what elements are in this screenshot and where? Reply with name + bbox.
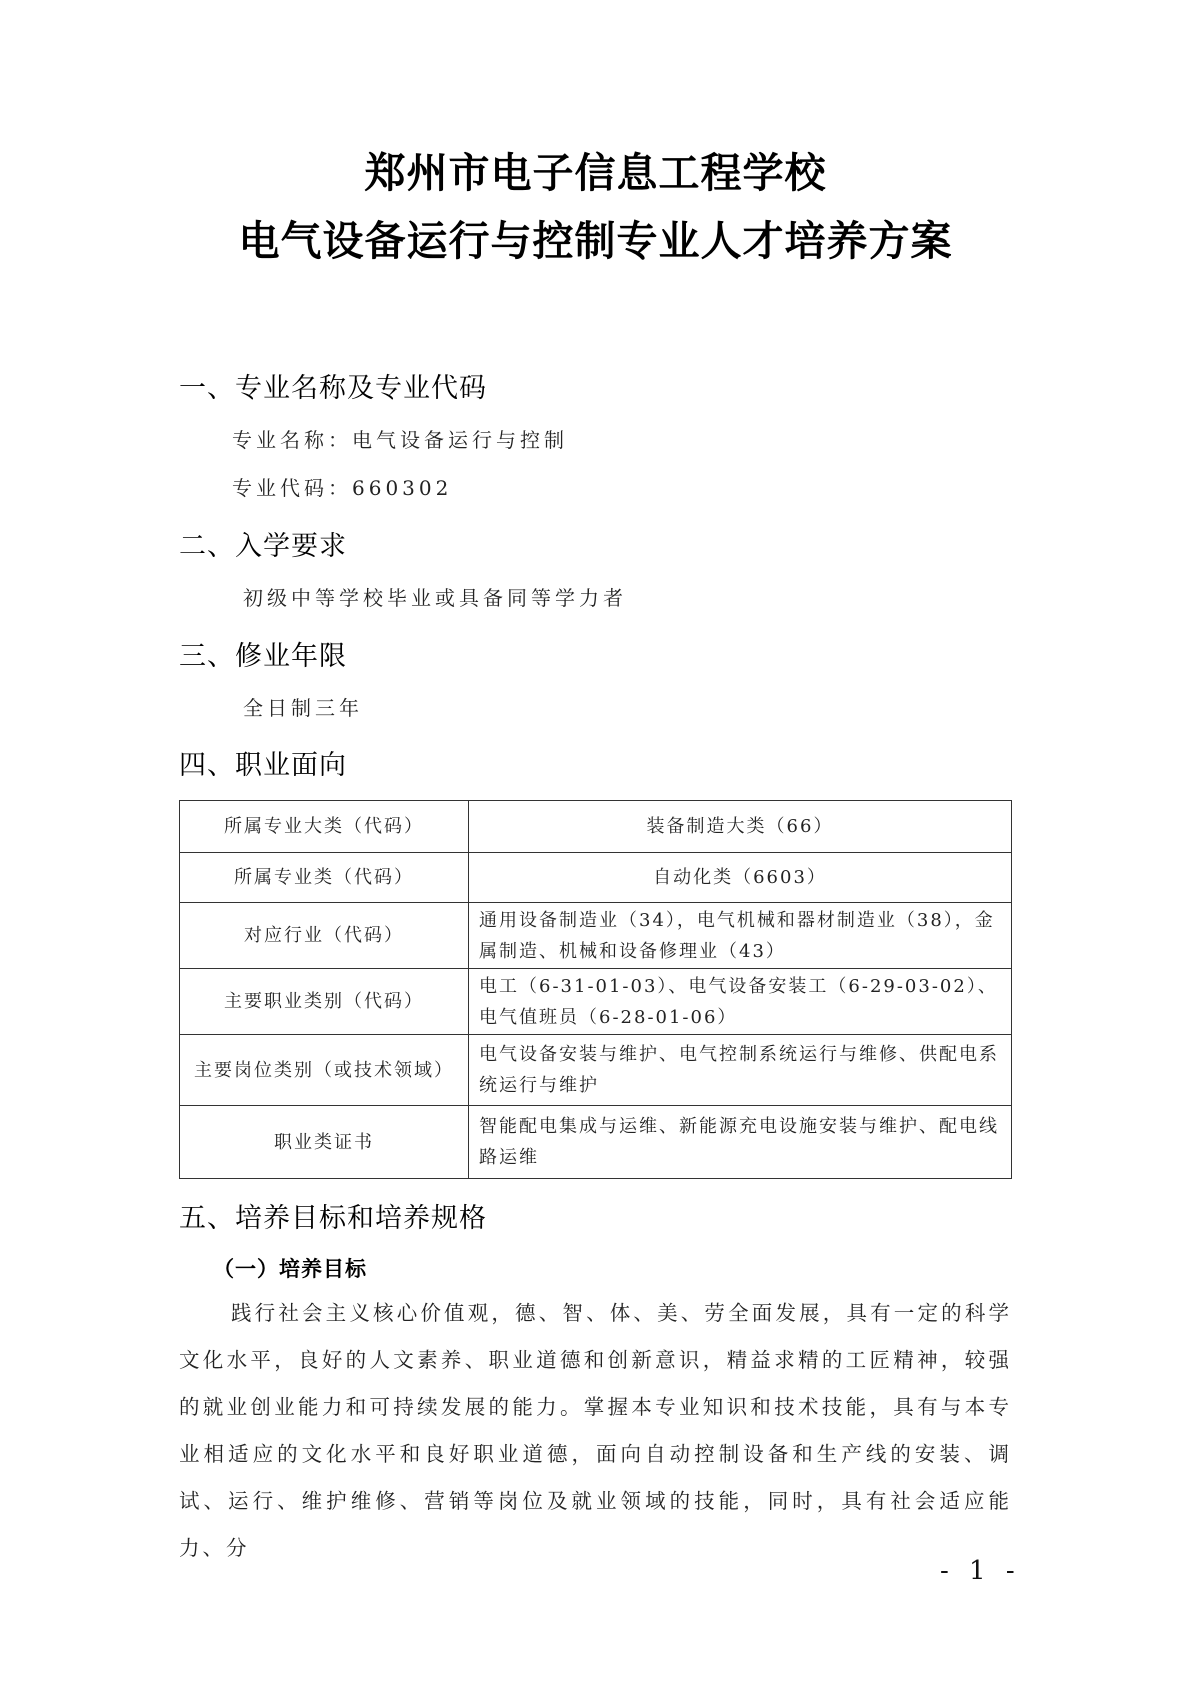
document-title-line1: 郑州市电子信息工程学校 — [0, 140, 1191, 199]
training-goal-paragraph: 践行社会主义核心价值观，德、智、体、美、劳全面发展，具有一定的科学文化水平，良好… — [179, 1290, 1012, 1572]
major-name: 专业名称：电气设备运行与控制 — [232, 424, 568, 453]
table-value-cell: 智能配电集成与运维、新能源充电设施安装与维护、配电线路运维 — [469, 1106, 1012, 1179]
table-label-cell: 职业类证书 — [180, 1106, 469, 1179]
table-value-cell: 电工（6-31-01-03）、电气设备安装工（6-29-03-02）、电气值班员… — [469, 969, 1012, 1035]
table-row: 所属专业大类（代码） 装备制造大类（66） — [180, 801, 1012, 853]
section-5-heading: 五、培养目标和培养规格 — [179, 1196, 487, 1235]
document-title-line2: 电气设备运行与控制专业人才培养方案 — [0, 208, 1191, 267]
table-row: 所属专业类（代码） 自动化类（6603） — [180, 853, 1012, 903]
table-label-cell: 对应行业（代码） — [180, 903, 469, 969]
table-value-cell: 电气设备安装与维护、电气控制系统运行与维修、供配电系统运行与维护 — [469, 1035, 1012, 1106]
section-2-heading: 二、入学要求 — [179, 524, 347, 563]
page-number: - 1 - — [940, 1556, 1021, 1586]
table-row: 对应行业（代码） 通用设备制造业（34），电气机械和器材制造业（38），金属制造… — [180, 903, 1012, 969]
table-label-cell: 所属专业类（代码） — [180, 853, 469, 903]
table-label-cell: 所属专业大类（代码） — [180, 801, 469, 853]
major-code: 专业代码：660302 — [232, 472, 452, 501]
subsection-1-heading: （一）培养目标 — [213, 1253, 367, 1283]
table-value-cell: 自动化类（6603） — [469, 853, 1012, 903]
section-3-heading: 三、修业年限 — [179, 634, 347, 673]
table-row: 职业类证书 智能配电集成与运维、新能源充电设施安装与维护、配电线路运维 — [180, 1106, 1012, 1179]
table-row: 主要职业类别（代码） 电工（6-31-01-03）、电气设备安装工（6-29-0… — [180, 969, 1012, 1035]
admission-requirement: 初级中等学校毕业或具备同等学力者 — [243, 582, 627, 611]
section-4-heading: 四、职业面向 — [179, 743, 347, 782]
table-label-cell: 主要职业类别（代码） — [180, 969, 469, 1035]
occupation-table: 所属专业大类（代码） 装备制造大类（66） 所属专业类（代码） 自动化类（660… — [179, 800, 1012, 1179]
study-duration: 全日制三年 — [243, 692, 363, 721]
table-label-cell: 主要岗位类别（或技术领域） — [180, 1035, 469, 1106]
table-value-cell: 装备制造大类（66） — [469, 801, 1012, 853]
table-value-cell: 通用设备制造业（34），电气机械和器材制造业（38），金属制造、机械和设备修理业… — [469, 903, 1012, 969]
table-row: 主要岗位类别（或技术领域） 电气设备安装与维护、电气控制系统运行与维修、供配电系… — [180, 1035, 1012, 1106]
section-1-heading: 一、专业名称及专业代码 — [179, 366, 487, 405]
